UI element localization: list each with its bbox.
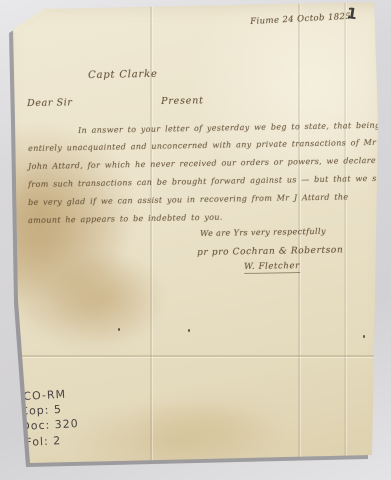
addressee: Capt Clarke [88, 69, 158, 81]
water-stain [140, 395, 280, 455]
pinhole [118, 328, 120, 331]
pinhole [363, 335, 365, 338]
letter-paper: Fiume 24 Octob 1825 Capt Clarke Dear Sir… [0, 0, 391, 480]
fold-crease-vertical [344, 3, 346, 465]
signature-name: W. Fletcher [244, 261, 300, 274]
page-number: 1 [345, 4, 359, 23]
fold-crease-horizontal [16, 355, 377, 357]
pinhole [188, 329, 190, 332]
archive-mark-doc: Doc: 320 [21, 417, 79, 433]
photo-background: Fiume 24 Octob 1825 Capt Clarke Dear Sir… [0, 0, 391, 480]
signature-firm: pr pro Cochran & Robertson [197, 245, 343, 258]
dateline: Fiume 24 Octob 1825 [250, 12, 351, 27]
letter-line: In answer to your letter of yesterday we… [78, 121, 380, 135]
closing-line: We are Yrs very respectfully [200, 227, 326, 238]
water-stain [40, 260, 150, 350]
archive-mark-folio: Fol: 2 [25, 434, 62, 449]
folded-corner [13, 9, 47, 34]
letter-line: entirely unacquainted and unconcerned wi… [28, 138, 376, 153]
archive-mark-fond: CO-RM [23, 388, 66, 403]
delivery-note: Present [161, 95, 204, 107]
salutation: Dear Sir [27, 97, 73, 109]
